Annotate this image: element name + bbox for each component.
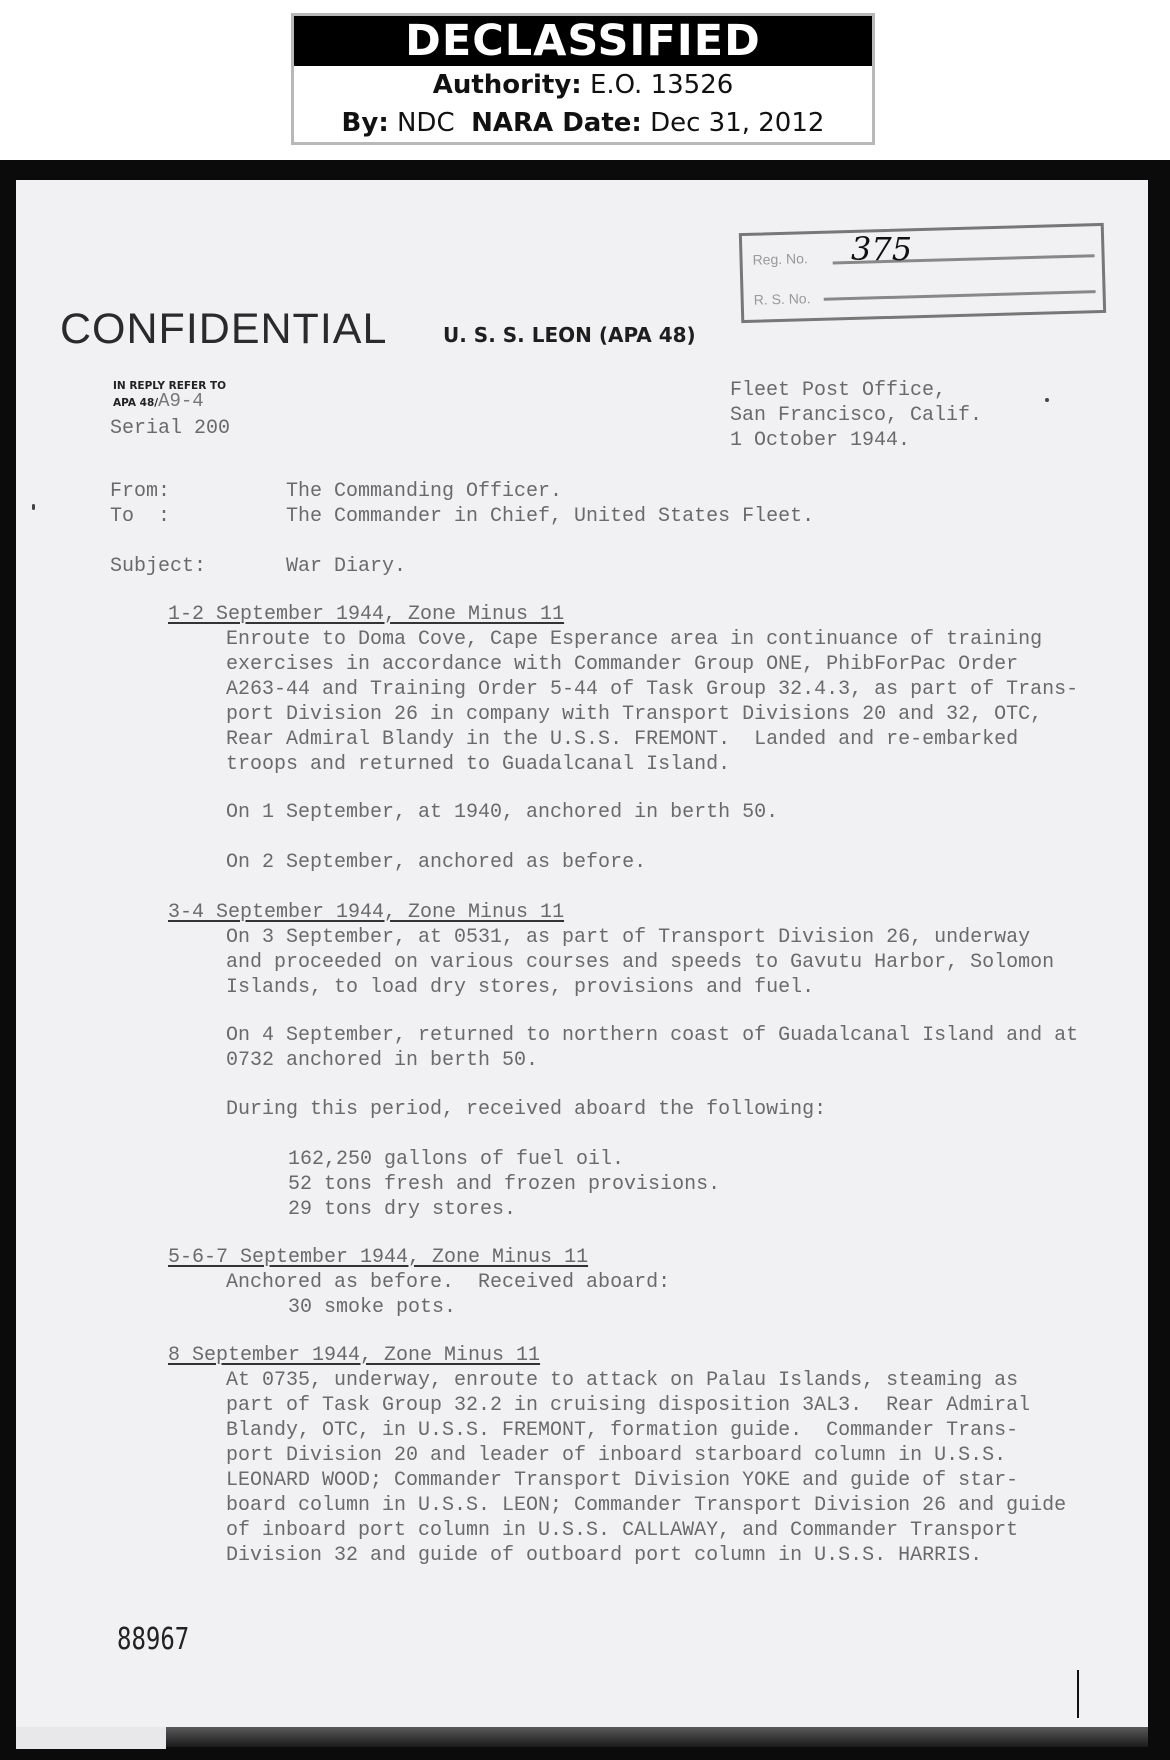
reply-reference: IN REPLY REFER TO APA 48/A9-4 xyxy=(113,379,226,411)
to-label: To : xyxy=(110,504,170,529)
entry-line: exercises in accordance with Commander G… xyxy=(226,652,1018,677)
entry-line: A263-44 and Training Order 5-44 of Task … xyxy=(226,677,1078,702)
entry-line: LEONARD WOOD; Commander Transport Divisi… xyxy=(226,1468,1018,1493)
entry-line: Division 32 and guide of outboard port c… xyxy=(226,1543,982,1568)
subject-label: Subject: xyxy=(110,554,206,579)
entry-heading: 5-6-7 September 1944, Zone Minus 11 xyxy=(168,1245,588,1270)
address-line-2: San Francisco, Calif. xyxy=(730,403,982,428)
margin-mark xyxy=(1077,1670,1079,1718)
entry-line: Rear Admiral Blandy in the U.S.S. FREMON… xyxy=(226,727,1018,752)
entry-line: port Division 20 and leader of inboard s… xyxy=(226,1443,1006,1468)
page-edge-shadow xyxy=(16,1727,1148,1747)
speck xyxy=(32,504,35,510)
classification-heading: CONFIDENTIAL xyxy=(60,305,387,354)
received-item: 29 tons dry stores. xyxy=(288,1197,516,1222)
entry-paragraph: On 2 September, anchored as before. xyxy=(226,850,646,875)
entry-line: port Division 26 in company with Transpo… xyxy=(226,702,1042,727)
registry-stamp: Reg. No. R. S. No. xyxy=(739,223,1106,323)
entry-heading: 3-4 September 1944, Zone Minus 11 xyxy=(168,900,564,925)
reg-number-handwritten: 375 xyxy=(851,230,912,268)
entry-line: Islands, to load dry stores, provisions … xyxy=(226,975,814,1000)
entry-line: board column in U.S.S. LEON; Commander T… xyxy=(226,1493,1066,1518)
declassified-banner: DECLASSIFIED Authority: E.O. 13526 By: N… xyxy=(291,13,875,145)
speck xyxy=(1045,398,1049,402)
rs-no-rule xyxy=(824,290,1096,301)
entry-heading: 1-2 September 1944, Zone Minus 11 xyxy=(168,602,564,627)
declassified-title: DECLASSIFIED xyxy=(294,16,872,66)
from-label: From: xyxy=(110,479,170,504)
entry-line: part of Task Group 32.2 in cruising disp… xyxy=(226,1393,1030,1418)
ship-name: U. S. S. LEON (APA 48) xyxy=(443,323,696,347)
rs-no-label: R. S. No. xyxy=(753,290,810,308)
reply-code: A9-4 xyxy=(158,390,204,412)
document-number: 88967 xyxy=(117,1622,189,1657)
nara-line: By: NDC NARA Date: Dec 31, 2012 xyxy=(294,104,872,142)
entry-line: Enroute to Doma Cove, Cape Esperance are… xyxy=(226,627,1042,652)
authority-line: Authority: E.O. 13526 xyxy=(294,66,872,104)
entry-paragraph: During this period, received aboard the … xyxy=(226,1097,826,1122)
reply-prefix: APA 48/ xyxy=(113,397,158,409)
page-edge-tab xyxy=(16,1727,166,1749)
entry-line: troops and returned to Guadalcanal Islan… xyxy=(226,752,730,777)
entry-line: On 3 September, at 0531, as part of Tran… xyxy=(226,925,1030,950)
entry-line: and proceeded on various courses and spe… xyxy=(226,950,1054,975)
entry-line: 0732 anchored in berth 50. xyxy=(226,1048,538,1073)
received-item: 30 smoke pots. xyxy=(288,1295,456,1320)
serial-number: Serial 200 xyxy=(110,416,230,441)
received-item: 162,250 gallons of fuel oil. xyxy=(288,1147,624,1172)
entry-line: Anchored as before. Received aboard: xyxy=(226,1270,670,1295)
reg-no-label: Reg. No. xyxy=(752,250,808,268)
letter-date: 1 October 1944. xyxy=(730,428,910,453)
entry-line: of inboard port column in U.S.S. CALLAWA… xyxy=(226,1518,1018,1543)
entry-line: Blandy, OTC, in U.S.S. FREMONT, formatio… xyxy=(226,1418,1018,1443)
address-line-1: Fleet Post Office, xyxy=(730,378,946,403)
to-value: The Commander in Chief, United States Fl… xyxy=(286,504,814,529)
entry-paragraph: On 1 September, at 1940, anchored in ber… xyxy=(226,800,778,825)
received-item: 52 tons fresh and frozen provisions. xyxy=(288,1172,720,1197)
entry-line: At 0735, underway, enroute to attack on … xyxy=(226,1368,1018,1393)
entry-heading: 8 September 1944, Zone Minus 11 xyxy=(168,1343,540,1368)
entry-line: On 4 September, returned to northern coa… xyxy=(226,1023,1078,1048)
from-value: The Commanding Officer. xyxy=(286,479,562,504)
subject-value: War Diary. xyxy=(286,554,406,579)
